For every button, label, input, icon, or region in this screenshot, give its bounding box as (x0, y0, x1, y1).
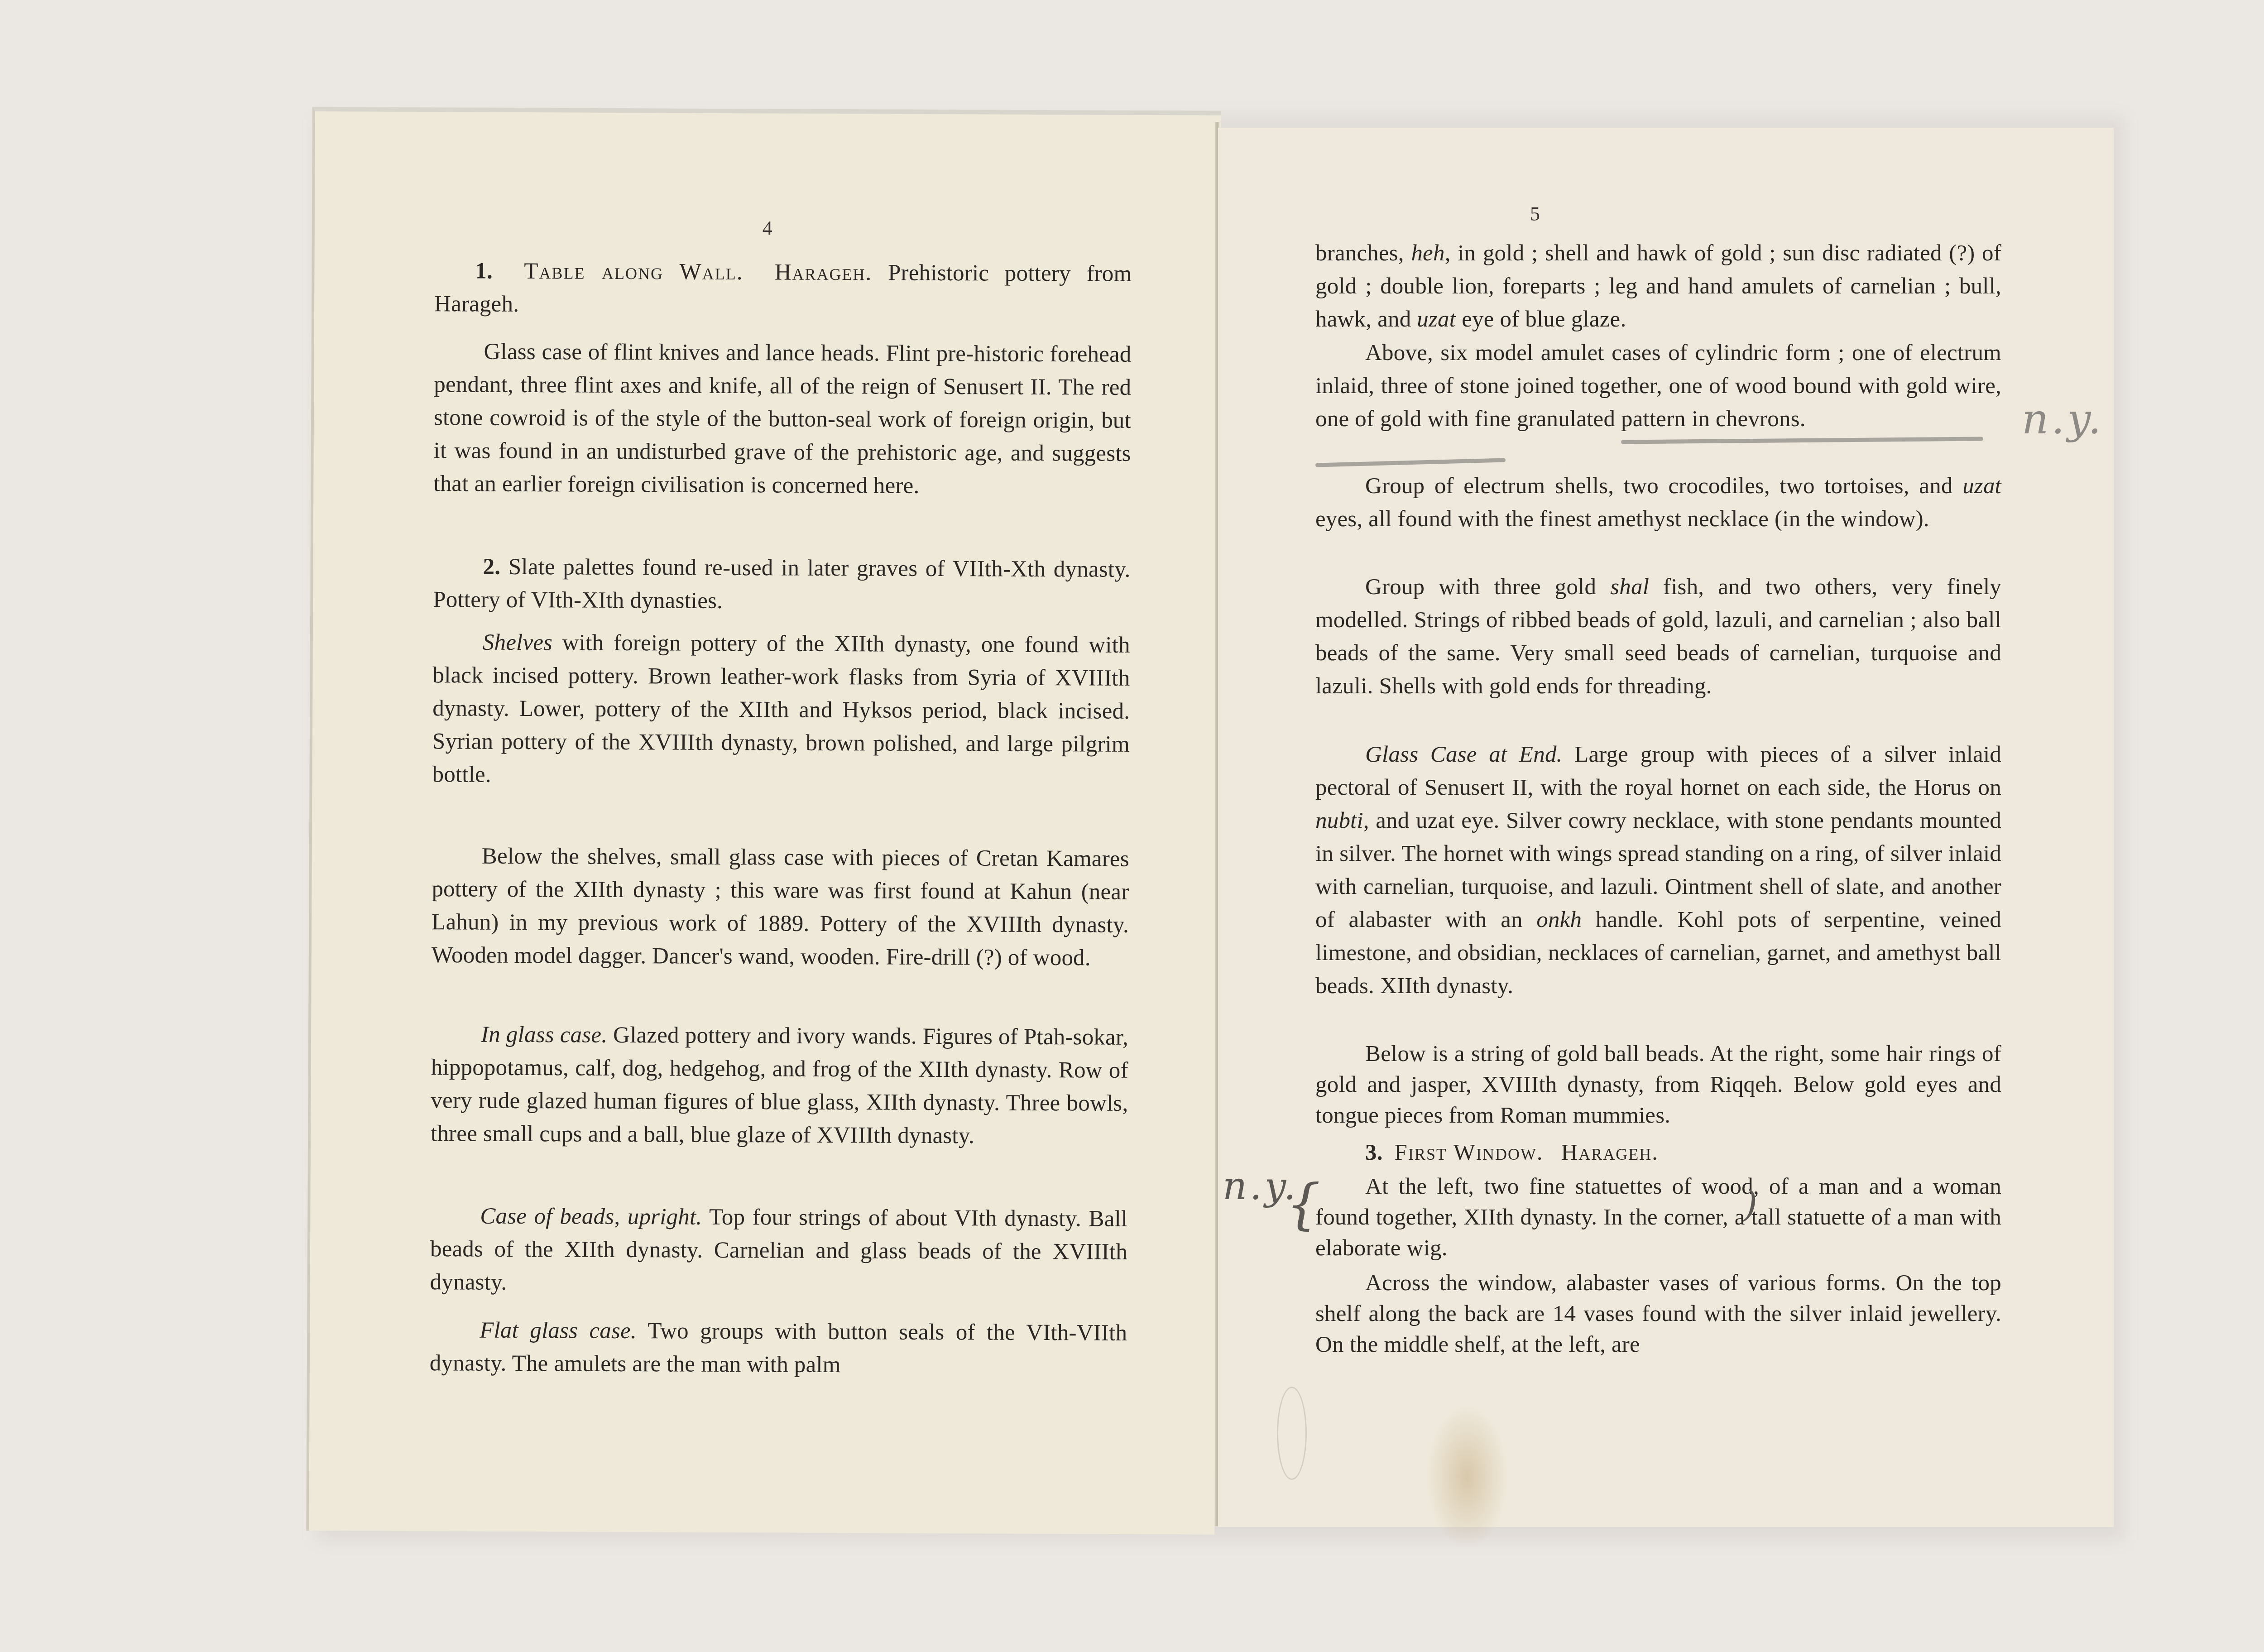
paragraph-flat-glass-case: Flat glass case. Two groups with button … (430, 1314, 1127, 1383)
paragraph-table-along-wall: 1. Table along Wall. Harageh. Prehistori… (434, 255, 1132, 324)
paragraph-slate-palettes: 2. Slate palettes found re-used in later… (433, 550, 1131, 619)
pencil-bracket-mark: { (1286, 1173, 1323, 1236)
paragraph-shal-fish: Group with three gold shal fish, and two… (1315, 571, 2001, 703)
paragraph-in-glass-case: In glass case. Glazed pottery and ivory … (431, 1018, 1128, 1153)
paragraph-glass-case-flint: Glass case of flint knives and lance hea… (433, 335, 1132, 504)
paragraph-glass-case-at-end: Glass Case at End. Large group with piec… (1315, 738, 2001, 1003)
pencil-underline (1315, 458, 1506, 467)
paragraph-amulet-cases: Above, six model amulet cases of cylindr… (1315, 336, 2001, 436)
left-page: 4 1. Table along Wall. Harageh. Prehisto… (306, 107, 1221, 1535)
paragraph-across-window: Across the window, alabaster vases of va… (1315, 1268, 2001, 1360)
faint-pencil-scrawl (1277, 1387, 1307, 1480)
paragraph-statuettes: At the left, two fine statuettes of wood… (1315, 1171, 2001, 1263)
paragraph-case-of-beads: Case of beads, upright. Top four strings… (430, 1200, 1128, 1302)
paragraph-gold-ball-beads: Below is a string of gold ball beads. At… (1315, 1038, 2001, 1131)
water-stain (1426, 1405, 1508, 1550)
page-number-right: 5 (1218, 202, 1852, 226)
paragraph-below-shelves: Below the shelves, small glass case with… (432, 840, 1129, 975)
pencil-insert-mark: ) (1743, 1183, 1760, 1225)
section-location: Harageh. (775, 259, 873, 285)
section-heading-first-window: 3. First Window. Harageh. (1315, 1136, 2001, 1169)
pencil-underline (1621, 437, 1983, 444)
section-number: 1. (475, 259, 493, 284)
section-number: 2. (483, 554, 500, 580)
section-heading: Table along Wall. (524, 259, 743, 285)
paragraph-shelves: Shelves with foreign pottery of the XIIt… (432, 626, 1130, 794)
right-page: 5 branches, heh, in gold ; shell and haw… (1218, 128, 2114, 1527)
page-number-left: 4 (315, 215, 1220, 242)
pencil-margin-note: n.y. (2022, 395, 2104, 443)
paragraph-electrum-shells: Group of electrum shells, two crocodiles… (1315, 470, 2001, 536)
paragraph-branches: branches, heh, in gold ; shell and hawk … (1315, 237, 2001, 336)
